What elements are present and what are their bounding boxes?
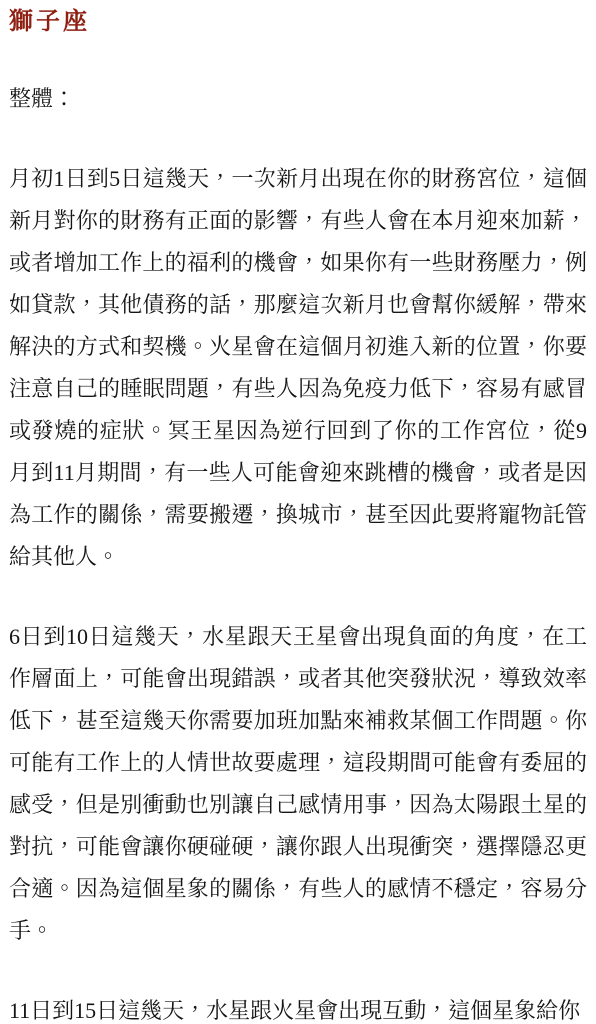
section-label-overall: 整體：	[9, 78, 587, 120]
paragraph-dates-11-to-15-truncated: 11日到15日這幾天，水星跟火星會出現互動，這個星象給你	[9, 990, 587, 1024]
paragraph-dates-6-to-10: 6日到10日這幾天，水星跟天王星會出現負面的角度，在工作層面上，可能會出現錯誤，…	[9, 616, 587, 952]
paragraph-dates-1-to-5: 月初1日到5日這幾天，一次新月出現在你的財務宮位，這個新月對你的財務有正面的影響…	[9, 158, 587, 578]
article-title: 獅子座	[9, 4, 587, 40]
article-page: 獅子座 整體： 月初1日到5日這幾天，一次新月出現在你的財務宮位，這個新月對你的…	[0, 0, 596, 1024]
